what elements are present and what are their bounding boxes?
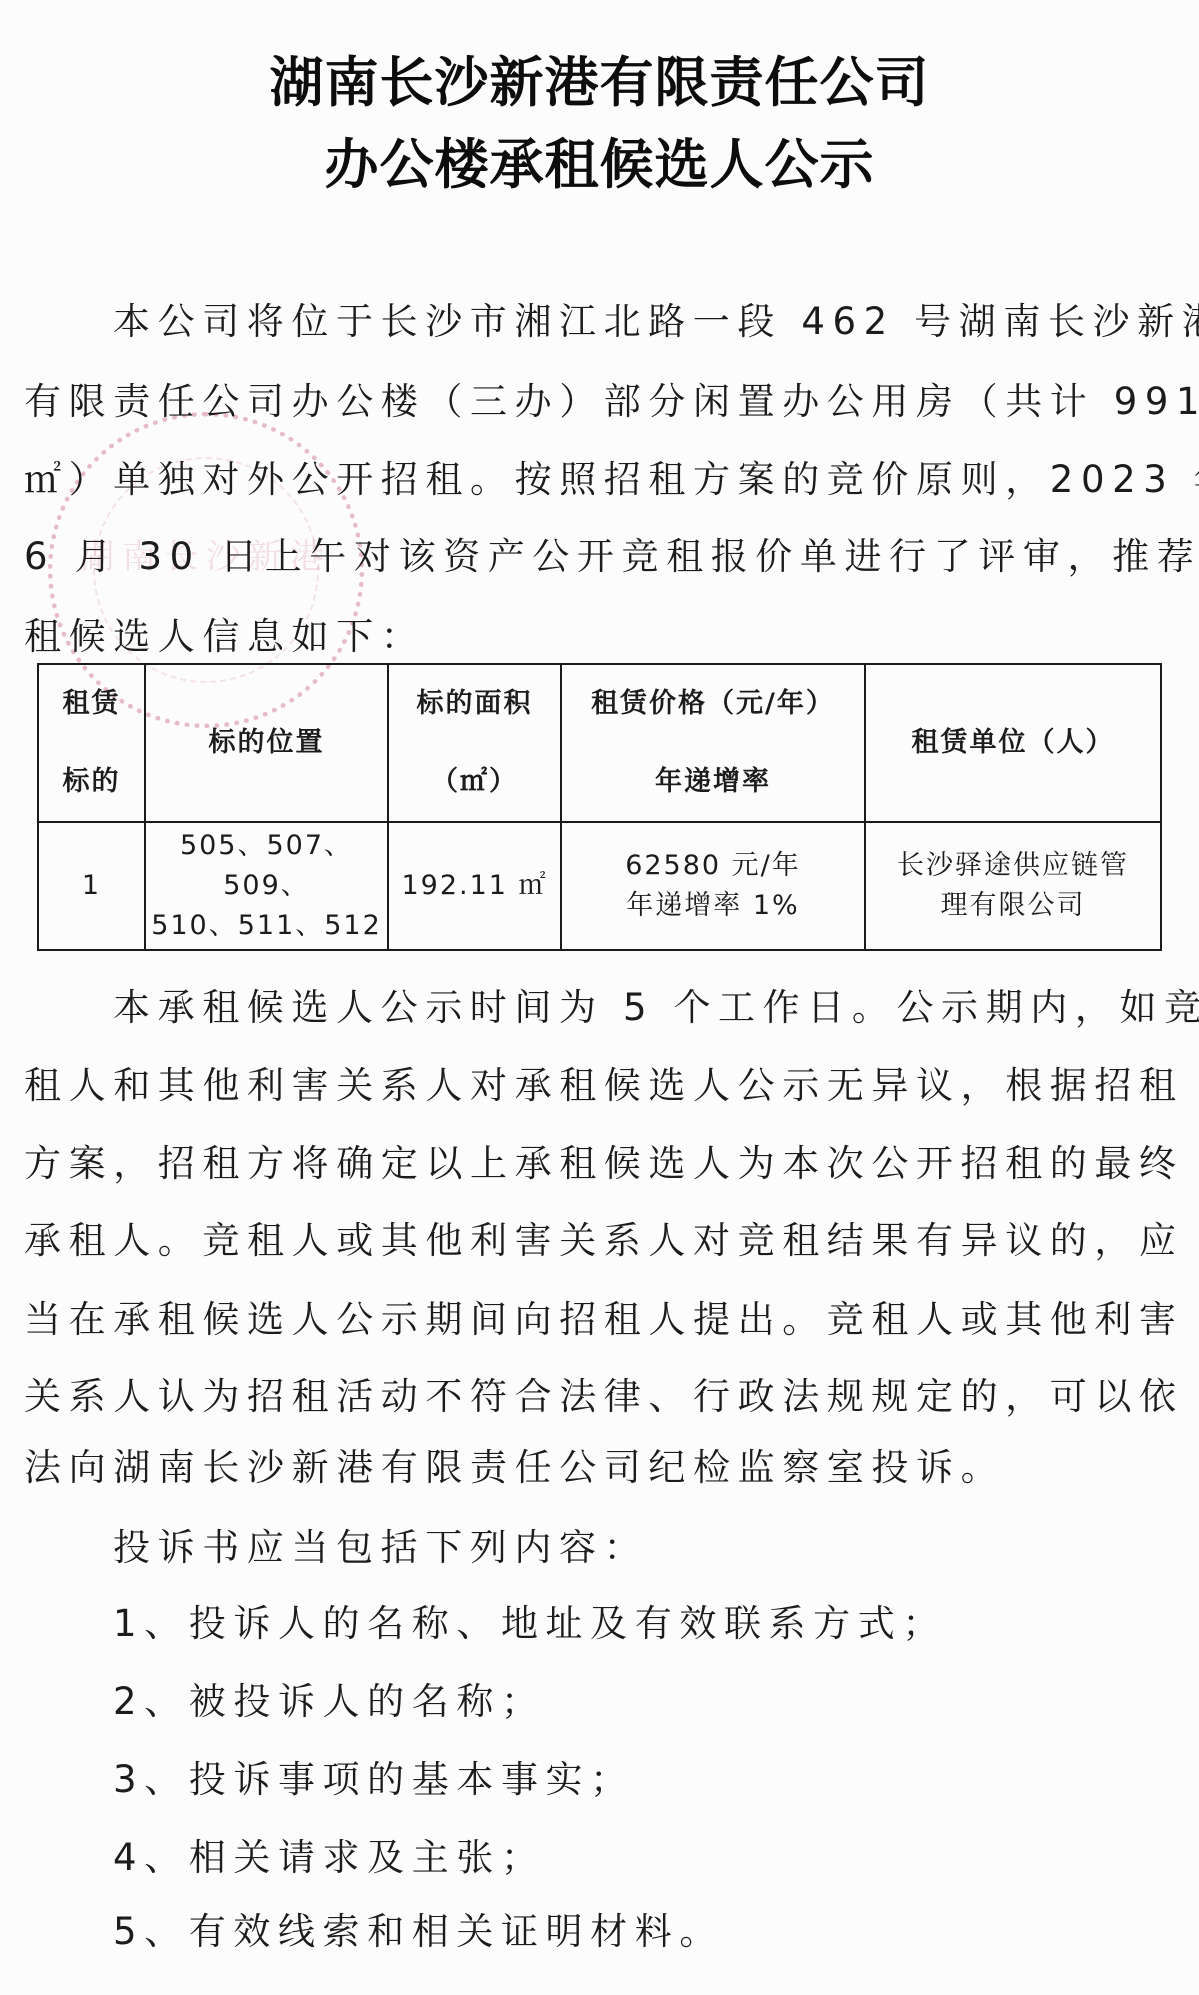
paragraph2-line: 关系人认为招租活动不符合法律、行政法规规定的，可以依	[24, 1374, 1174, 1420]
complaint-item: 1、投诉人的名称、地址及有效联系方式；	[113, 1601, 1199, 1647]
cell-area: 192.11 ㎡	[388, 822, 561, 950]
cell-location: 505、507、509、 510、511、512	[145, 822, 388, 950]
cell-lessee: 长沙驿途供应链管 理有限公司	[865, 822, 1161, 950]
complaint-item: 2、被投诉人的名称；	[113, 1679, 1199, 1725]
cell-lot: 1	[38, 822, 145, 950]
paragraph2-line: 租人和其他利害关系人对承租候选人公示无异议，根据招租	[24, 1063, 1174, 1109]
table-header-row: 租赁 标的 标的位置 标的面积 （㎡） 租赁价格（元/年） 年递增率 租赁单位（…	[38, 664, 1161, 822]
document-title-line-2: 办公楼承租候选人公示	[0, 122, 1199, 199]
lease-candidate-table: 租赁 标的 标的位置 标的面积 （㎡） 租赁价格（元/年） 年递增率 租赁单位（…	[37, 663, 1162, 951]
header-price: 租赁价格（元/年） 年递增率	[561, 664, 865, 822]
complaint-item: 5、有效线索和相关证明材料。	[113, 1909, 1199, 1955]
header-area: 标的面积 （㎡）	[388, 664, 561, 822]
paragraph2-line: 当在承租候选人公示期间向招租人提出。竞租人或其他利害	[24, 1297, 1174, 1343]
header-lessee: 租赁单位（人）	[865, 664, 1161, 822]
paragraph2-line: 承租人。竞租人或其他利害关系人对竞租结果有异议的，应	[24, 1218, 1174, 1264]
paragraph1-line: 6 月 30 日上午对该资产公开竞租报价单进行了评审，推荐承	[24, 534, 1174, 580]
cell-price: 62580 元/年 年递增率 1%	[561, 822, 865, 950]
paragraph2-line: 法向湖南长沙新港有限责任公司纪检监察室投诉。	[24, 1445, 1174, 1491]
paragraph1-line: 本公司将位于长沙市湘江北路一段 462 号湖南长沙新港	[113, 299, 1199, 345]
complaint-intro: 投诉书应当包括下列内容：	[113, 1525, 1199, 1571]
paragraph2-line: 方案，招租方将确定以上承租候选人为本次公开招租的最终	[24, 1141, 1174, 1187]
paragraph2-line: 本承租候选人公示时间为 5 个工作日。公示期内，如竞	[113, 985, 1199, 1031]
document-page: 湖南长沙新港 湖南长沙新港有限责任公司 办公楼承租候选人公示 本公司将位于长沙市…	[0, 0, 1199, 1995]
paragraph1-line: 租候选人信息如下：	[24, 614, 1174, 660]
table-row: 1 505、507、509、 510、511、512 192.11 ㎡ 6258…	[38, 822, 1161, 950]
complaint-item: 3、投诉事项的基本事实；	[113, 1757, 1199, 1803]
complaint-item: 4、相关请求及主张；	[113, 1835, 1199, 1881]
header-location: 标的位置	[145, 664, 388, 822]
header-lease-lot: 租赁 标的	[38, 664, 145, 822]
paragraph1-line: ㎡）单独对外公开招租。按照招租方案的竞价原则，2023 年	[24, 457, 1174, 503]
document-title-line-1: 湖南长沙新港有限责任公司	[0, 40, 1199, 117]
paragraph1-line: 有限责任公司办公楼（三办）部分闲置办公用房（共计 991.54	[24, 379, 1174, 425]
